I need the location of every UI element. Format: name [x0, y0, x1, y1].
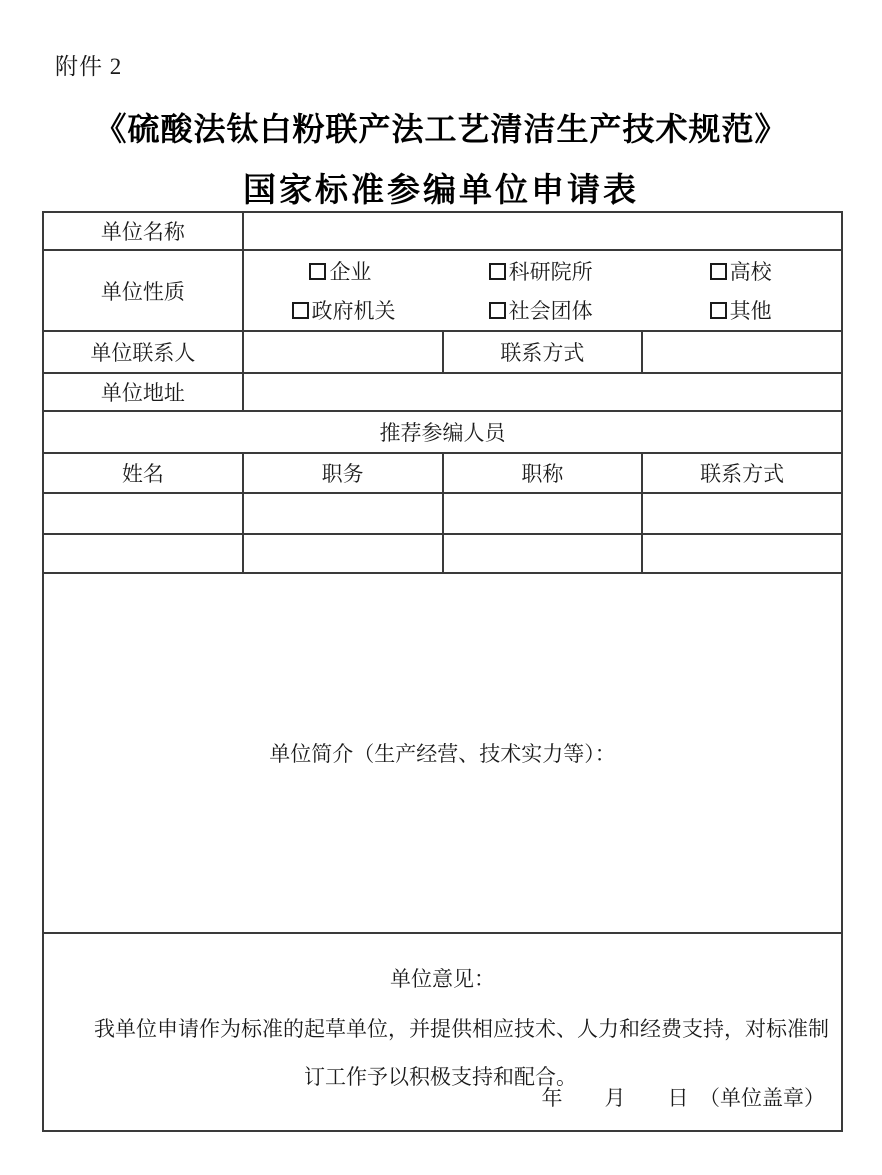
personnel-section-row: 推荐参编人员	[43, 411, 842, 453]
unit-contact-input[interactable]	[243, 331, 443, 373]
checkbox-icon[interactable]	[309, 263, 326, 280]
unit-address-input[interactable]	[243, 373, 842, 411]
nature-option-label: 政府机关	[312, 295, 396, 325]
contact-method-input[interactable]	[642, 331, 842, 373]
unit-address-row: 单位地址	[43, 373, 842, 411]
personnel-cell[interactable]	[43, 493, 243, 534]
personnel-cell[interactable]	[243, 493, 443, 534]
document-title-line1: 《硫酸法钛白粉联产法工艺清洁生产技术规范》	[0, 104, 882, 150]
personnel-header-title: 职称	[443, 453, 643, 493]
personnel-data-row	[43, 534, 842, 573]
nature-option-enterprise[interactable]: 企业	[309, 256, 371, 286]
unit-opinion-cell: 单位意见： 我单位申请作为标准的起草单位，并提供相应技术、人力和经费支持，对标准…	[43, 933, 842, 1131]
unit-nature-row: 单位性质 企业 科研院所 高校 政府机关	[43, 250, 842, 331]
nature-option-government[interactable]: 政府机关	[292, 295, 396, 325]
personnel-header-contact: 联系方式	[642, 453, 842, 493]
document-title-line2: 国家标准参编单位申请表	[0, 164, 882, 211]
nature-option-label: 企业	[329, 256, 371, 286]
date-seal-line: 年 月 日 （单位盖章）	[542, 1082, 826, 1112]
nature-option-other[interactable]: 其他	[710, 295, 772, 325]
nature-option-research-institute[interactable]: 科研院所	[489, 256, 593, 286]
unit-intro-row: 单位简介（生产经营、技术实力等）：	[43, 573, 842, 933]
unit-nature-options: 企业 科研院所 高校 政府机关 社会团体	[243, 250, 842, 331]
nature-option-label: 其他	[730, 295, 772, 325]
checkbox-icon[interactable]	[292, 302, 309, 319]
unit-address-label: 单位地址	[43, 373, 243, 411]
checkbox-icon[interactable]	[489, 302, 506, 319]
nature-option-label: 高校	[730, 256, 772, 286]
nature-options-line1: 企业 科研院所 高校	[244, 252, 841, 291]
unit-nature-label: 单位性质	[43, 250, 243, 331]
personnel-cell[interactable]	[443, 493, 643, 534]
personnel-header-position: 职务	[243, 453, 443, 493]
nature-option-label: 科研院所	[509, 256, 593, 286]
personnel-cell[interactable]	[642, 534, 842, 573]
nature-option-label: 社会团体	[509, 295, 593, 325]
checkbox-icon[interactable]	[489, 263, 506, 280]
nature-option-social-organization[interactable]: 社会团体	[489, 295, 593, 325]
personnel-cell[interactable]	[642, 493, 842, 534]
personnel-cell[interactable]	[443, 534, 643, 573]
contact-method-label: 联系方式	[443, 331, 643, 373]
personnel-header-name: 姓名	[43, 453, 243, 493]
unit-opinion-label: 单位意见：	[44, 963, 841, 993]
unit-intro-label: 单位简介（生产经营、技术实力等）：	[269, 742, 616, 766]
attachment-label: 附件 2	[55, 48, 122, 81]
personnel-cell[interactable]	[43, 534, 243, 573]
personnel-section-title: 推荐参编人员	[43, 411, 842, 453]
nature-option-university[interactable]: 高校	[710, 256, 772, 286]
application-table: 单位名称 单位性质 企业 科研院所 高校	[42, 211, 843, 1132]
checkbox-icon[interactable]	[710, 263, 727, 280]
unit-contact-label: 单位联系人	[43, 331, 243, 373]
checkbox-icon[interactable]	[710, 302, 727, 319]
unit-name-row: 单位名称	[43, 212, 842, 250]
nature-options-line2: 政府机关 社会团体 其他	[244, 291, 841, 330]
unit-contact-row: 单位联系人 联系方式	[43, 331, 842, 373]
personnel-header-row: 姓名 职务 职称 联系方式	[43, 453, 842, 493]
unit-name-label: 单位名称	[43, 212, 243, 250]
personnel-data-row	[43, 493, 842, 534]
unit-name-input[interactable]	[243, 212, 842, 250]
unit-opinion-row: 单位意见： 我单位申请作为标准的起草单位，并提供相应技术、人力和经费支持，对标准…	[43, 933, 842, 1131]
unit-intro-cell[interactable]: 单位简介（生产经营、技术实力等）：	[43, 573, 842, 933]
personnel-cell[interactable]	[243, 534, 443, 573]
